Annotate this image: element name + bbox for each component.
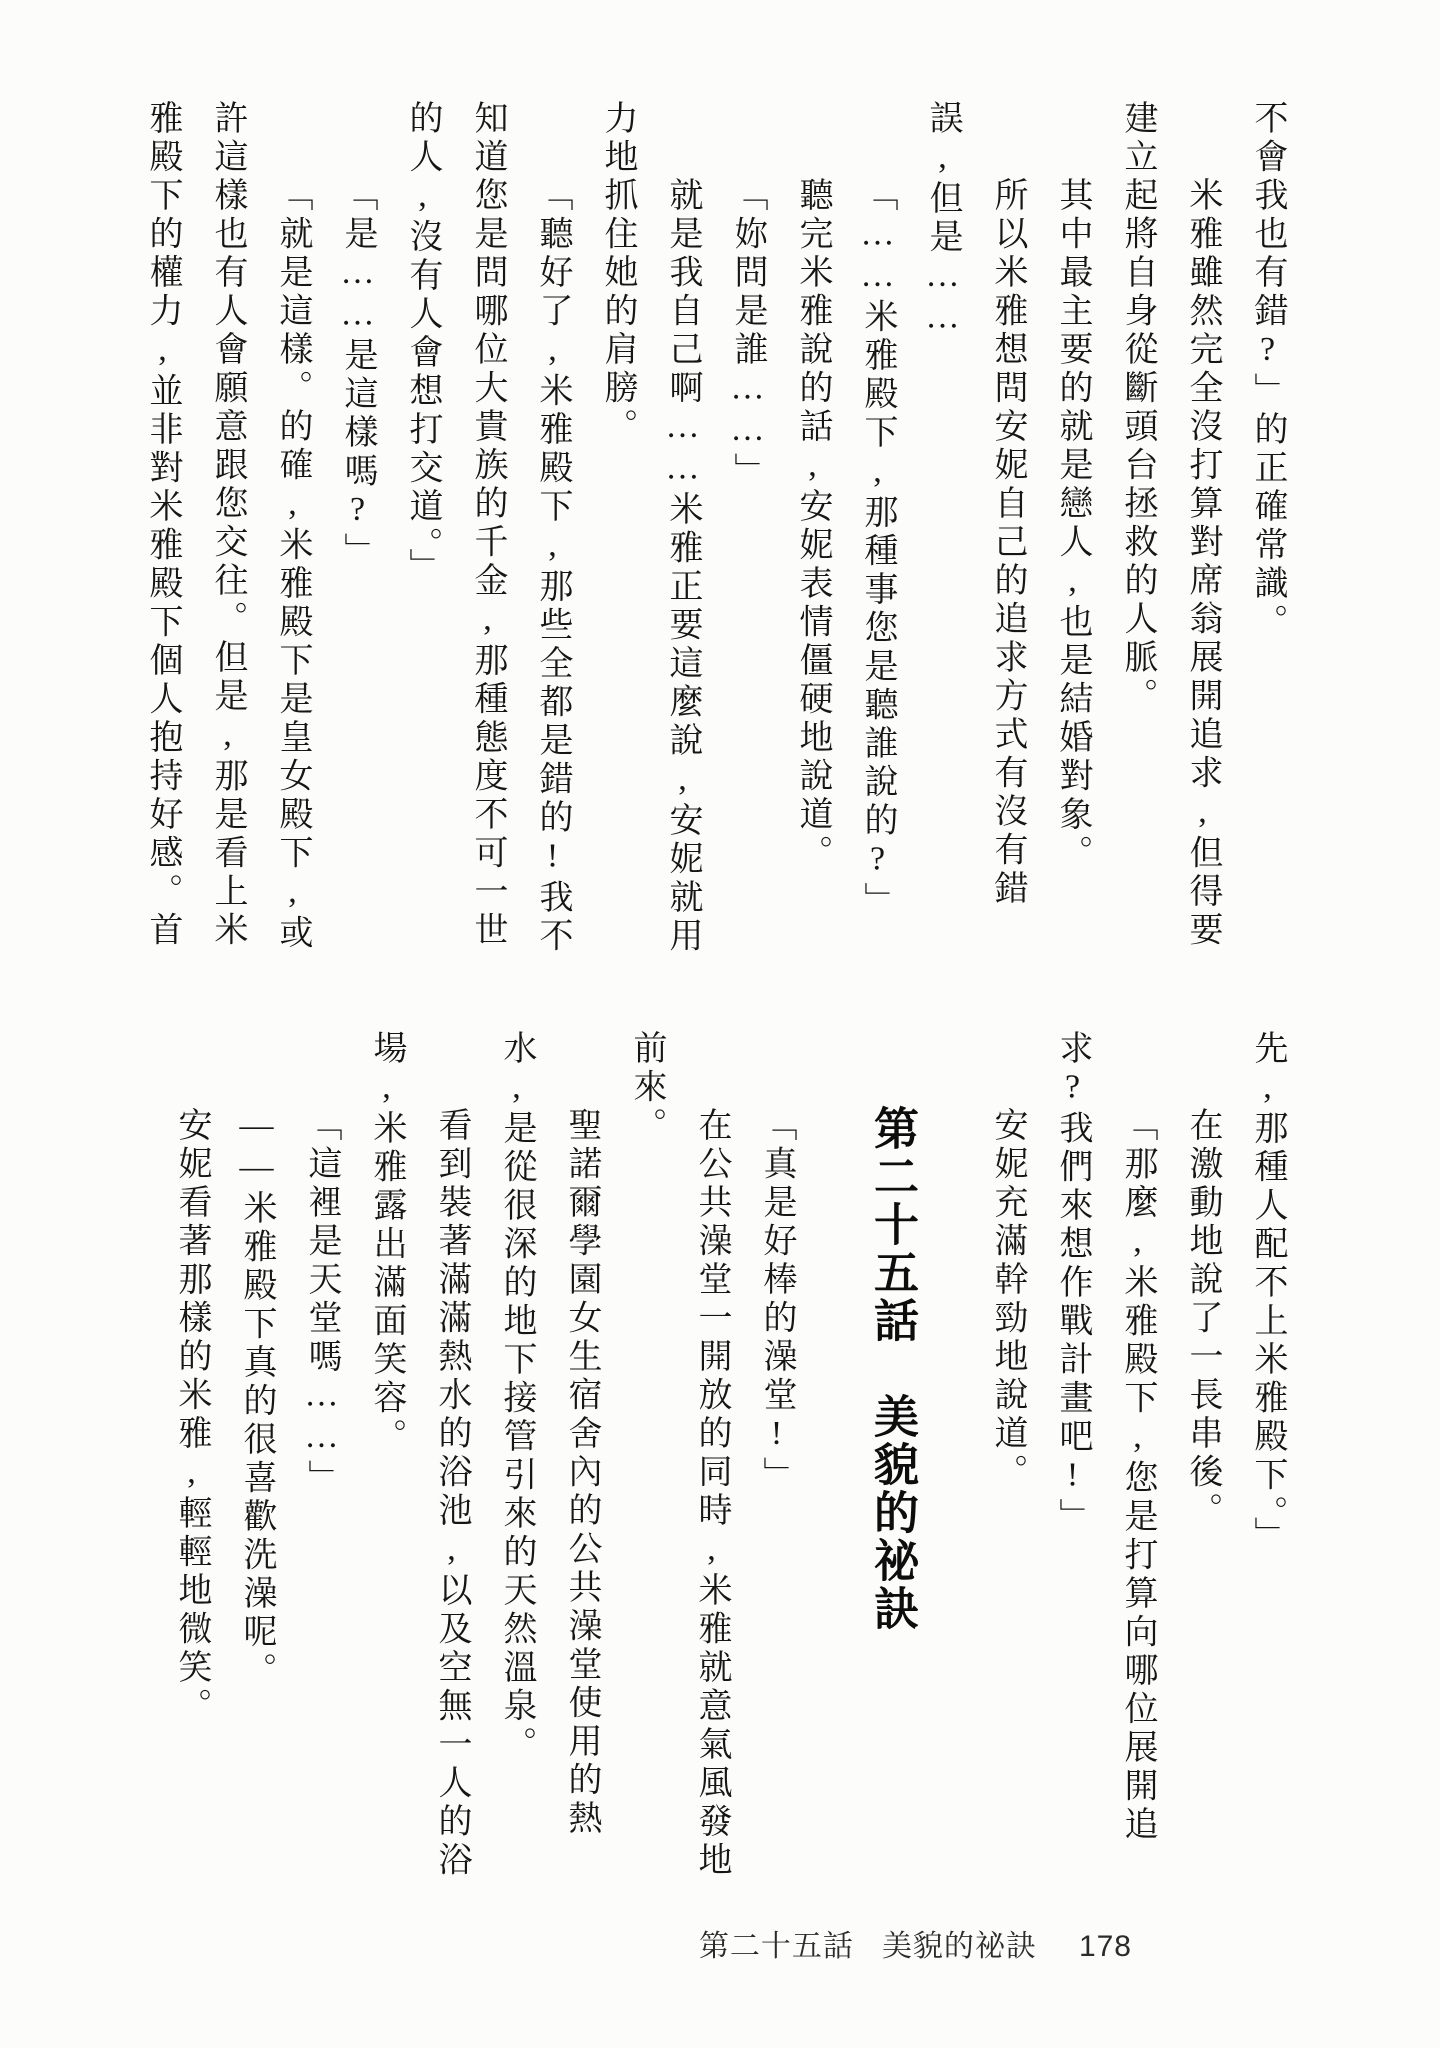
- text-column: 「就是這樣。的確,米雅殿下是皇女殿下,或: [260, 100, 325, 956]
- text-column: 水,是從很深的地下接管引來的天然溫泉。: [484, 1030, 549, 1886]
- text-column: 就是我自己啊……米雅正要這麼說,安妮就用: [650, 100, 715, 956]
- text-column: 聖諾爾學園女生宿舍內的公共澡堂使用的熱: [549, 1030, 614, 1886]
- text-column: 「這裡是天堂嗎……」: [289, 1030, 354, 1886]
- text-column: 「……米雅殿下,那種事您是聽誰說的?」: [845, 100, 910, 956]
- text-column: 「聽好了,米雅殿下,那些全都是錯的!我不: [520, 100, 585, 956]
- text-column: 安妮充滿幹勁地說道。: [975, 1030, 1040, 1886]
- text-column: 的人,沒有人會想打交道。」: [390, 100, 455, 956]
- text-column: 所以米雅想問安妮自己的追求方式有沒有錯: [975, 100, 1040, 956]
- footer-chapter-title: 美貌的祕訣: [882, 1930, 1037, 1963]
- footer-page-number: 178: [1079, 1930, 1132, 1963]
- text-column: 「是……是這樣嗎?」: [325, 100, 390, 956]
- text-column: 場,米雅露出滿面笑容。: [354, 1030, 419, 1886]
- text-column: 建立起將自身從斷頭台拯救的人脈。: [1105, 100, 1170, 956]
- text-column: 誤,但是……: [910, 100, 975, 956]
- text-column: 力地抓住她的肩膀。: [585, 100, 650, 956]
- text-column: 許這樣也有人會願意跟您交往。但是,那是看上米: [195, 100, 260, 956]
- text-column: ——米雅殿下真的很喜歡洗澡呢。: [224, 1030, 289, 1886]
- text-column: 先,那種人配不上米雅殿下。」: [1235, 1030, 1300, 1886]
- text-column: 「妳問是誰……」: [715, 100, 780, 956]
- text-column: 看到裝著滿滿熱水的浴池,以及空無一人的浴: [419, 1030, 484, 1886]
- text-column: 「真是好棒的澡堂!」: [744, 1030, 809, 1886]
- text-column: 知道您是問哪位大貴族的千金,那種態度不可一世: [455, 100, 520, 956]
- page-footer: 第二十五話美貌的祕訣178: [699, 1921, 1132, 1965]
- text-column: 求?我們來想作戰計畫吧!」: [1040, 1030, 1105, 1886]
- text-column: 不會我也有錯?」的正確常識。: [1235, 100, 1300, 956]
- text-column: 「那麼,米雅殿下,您是打算向哪位展開追: [1105, 1030, 1170, 1886]
- text-column: 聽完米雅說的話,安妮表情僵硬地說道。: [780, 100, 845, 956]
- text-column: 安妮看著那樣的米雅,輕輕地微笑。: [159, 1030, 224, 1886]
- footer-chapter-label: 第二十五話: [699, 1930, 854, 1963]
- top-text-block: 不會我也有錯?」的正確常識。 米雅雖然完全沒打算對席翁展開追求,但得要 建立起將…: [130, 100, 1300, 956]
- text-column: 前來。: [614, 1030, 679, 1886]
- bottom-text-block: 先,那種人配不上米雅殿下。」 在激動地說了一長串後。 「那麼,米雅殿下,您是打算…: [159, 1030, 1300, 1886]
- text-column: 雅殿下的權力,並非對米雅殿下個人抱持好感。首: [130, 100, 195, 956]
- text-column: 其中最主要的就是戀人,也是結婚對象。: [1040, 100, 1105, 956]
- chapter-heading: 第二十五話 美貌的祕訣: [863, 1030, 921, 1886]
- text-column: 米雅雖然完全沒打算對席翁展開追求,但得要: [1170, 100, 1235, 956]
- text-column: 在公共澡堂一開放的同時,米雅就意氣風發地: [679, 1030, 744, 1886]
- text-column: 在激動地說了一長串後。: [1170, 1030, 1235, 1886]
